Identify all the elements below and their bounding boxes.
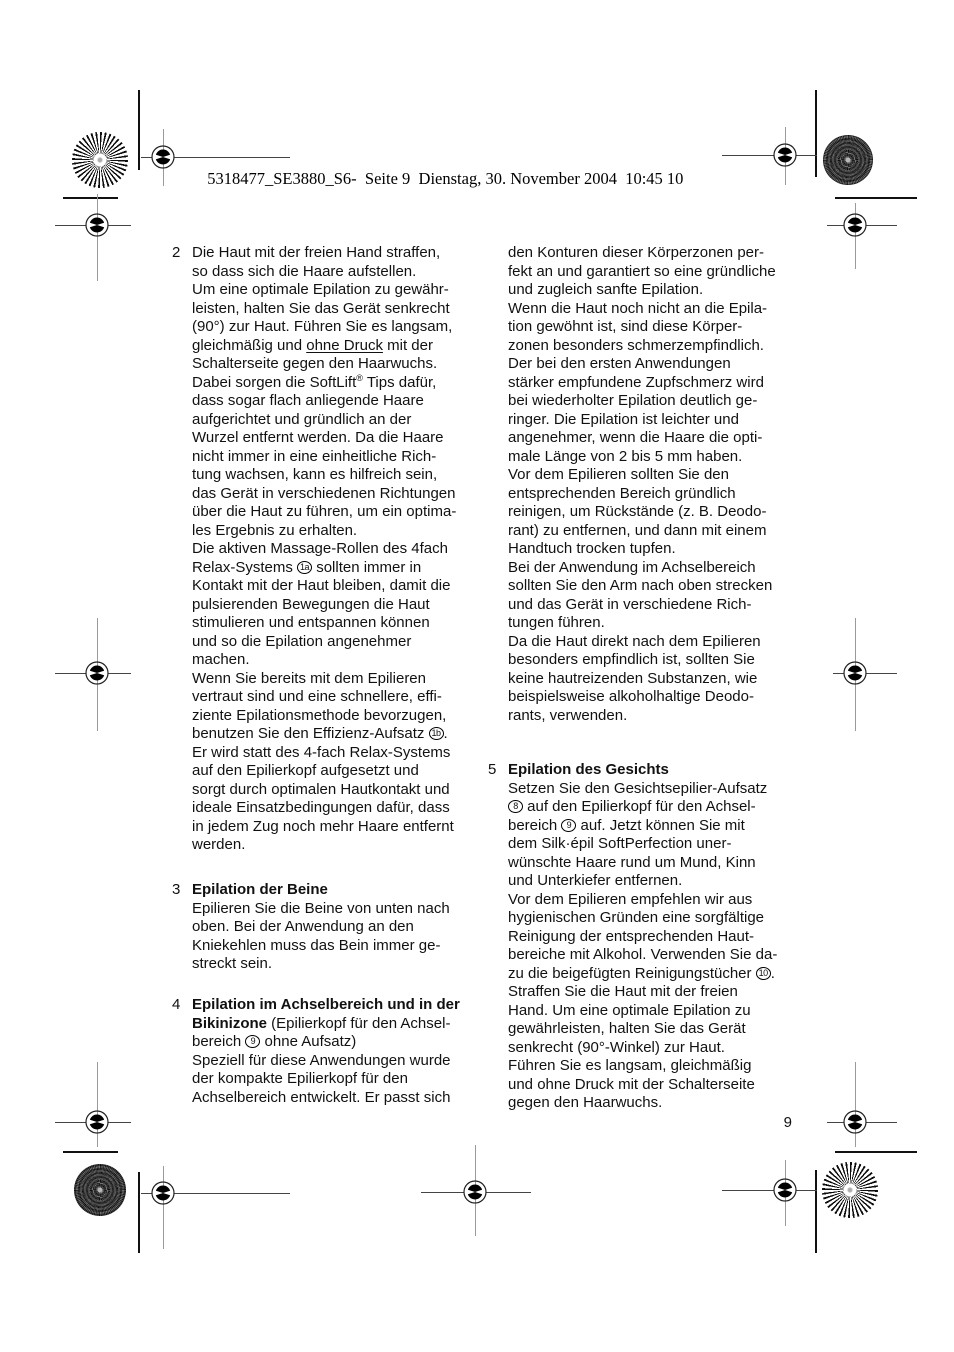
inline-b: Epilation im Achselbereich und in der <box>192 996 460 1013</box>
step-4-continued-text: den Konturen dieser Körperzonen per-fekt… <box>508 244 776 725</box>
crop-mark <box>63 1151 118 1153</box>
step-2-text: Die Haut mit der freien Hand straffen,so… <box>192 244 456 855</box>
step-number: 4 <box>172 996 180 1015</box>
crop-mark <box>835 197 917 199</box>
print-header: 5318477_SE3880_S6- Seite 9 Dienstag, 30.… <box>199 149 683 189</box>
registration-mark-line <box>722 155 817 156</box>
step-3: 3 Epilation der BeineEpilieren Sie die B… <box>172 881 450 974</box>
crop-mark <box>138 1172 140 1253</box>
registration-mark-icon <box>842 212 868 238</box>
moire-calibration-icon <box>823 135 873 185</box>
step-5-text: Epilation des GesichtsSetzen Sie den Ges… <box>508 761 777 1113</box>
circled-reference: 10 <box>756 967 771 980</box>
inline-b: Epilation der Beine <box>192 881 328 898</box>
registration-mark-line <box>163 1166 164 1249</box>
registration-mark-icon <box>772 142 798 168</box>
registration-mark-icon <box>462 1179 488 1205</box>
registration-mark-icon <box>772 1177 798 1203</box>
print-header-text: 5318477_SE3880_S6- Seite 9 Dienstag, 30.… <box>207 169 683 188</box>
registration-mark-line <box>722 1190 817 1191</box>
inline-b: Epilation des Gesichts <box>508 761 669 778</box>
registration-mark-icon <box>150 144 176 170</box>
circled-reference: 8 <box>508 800 523 813</box>
page-number: 9 <box>760 1114 792 1133</box>
crop-mark <box>63 197 118 199</box>
step-4: 4 Epilation im Achselbereich und in derB… <box>172 996 460 1107</box>
crop-mark <box>815 1170 817 1253</box>
circled-reference: 9 <box>245 1035 260 1048</box>
document-page: { "colors": { "page_bg": "#ffffff", "tex… <box>0 0 954 1352</box>
inline-sup: ® <box>356 373 363 383</box>
inline-u: ohne Druck <box>306 337 383 354</box>
step-number: 5 <box>488 761 496 780</box>
registration-mark-icon <box>842 660 868 686</box>
crop-mark <box>815 90 817 177</box>
crop-mark <box>138 90 140 170</box>
step-2: 2 Die Haut mit der freien Hand straffen,… <box>172 244 456 855</box>
step-4-text: Epilation im Achselbereich und in derBik… <box>192 996 460 1107</box>
circled-reference: 1a <box>297 561 312 574</box>
registration-mark-icon <box>150 1180 176 1206</box>
registration-mark-icon <box>84 1109 110 1135</box>
registration-mark-icon <box>842 1109 868 1135</box>
circled-reference: 1b <box>429 727 444 740</box>
step-4-continued: den Konturen dieser Körperzonen per-fekt… <box>488 244 776 725</box>
starburst-calibration-icon <box>822 1162 878 1218</box>
registration-mark-icon <box>84 660 110 686</box>
step-3-text: Epilation der BeineEpilieren Sie die Bei… <box>192 881 450 974</box>
registration-mark-icon <box>84 212 110 238</box>
crop-mark <box>835 1151 917 1153</box>
moire-calibration-icon <box>74 1164 126 1216</box>
inline-b: Bikinizone <box>192 1015 267 1032</box>
step-number: 3 <box>172 881 180 900</box>
starburst-calibration-icon <box>72 132 128 188</box>
step-5: 5 Epilation des GesichtsSetzen Sie den G… <box>488 761 777 1113</box>
circled-reference: 9 <box>561 819 576 832</box>
step-number: 2 <box>172 244 180 263</box>
